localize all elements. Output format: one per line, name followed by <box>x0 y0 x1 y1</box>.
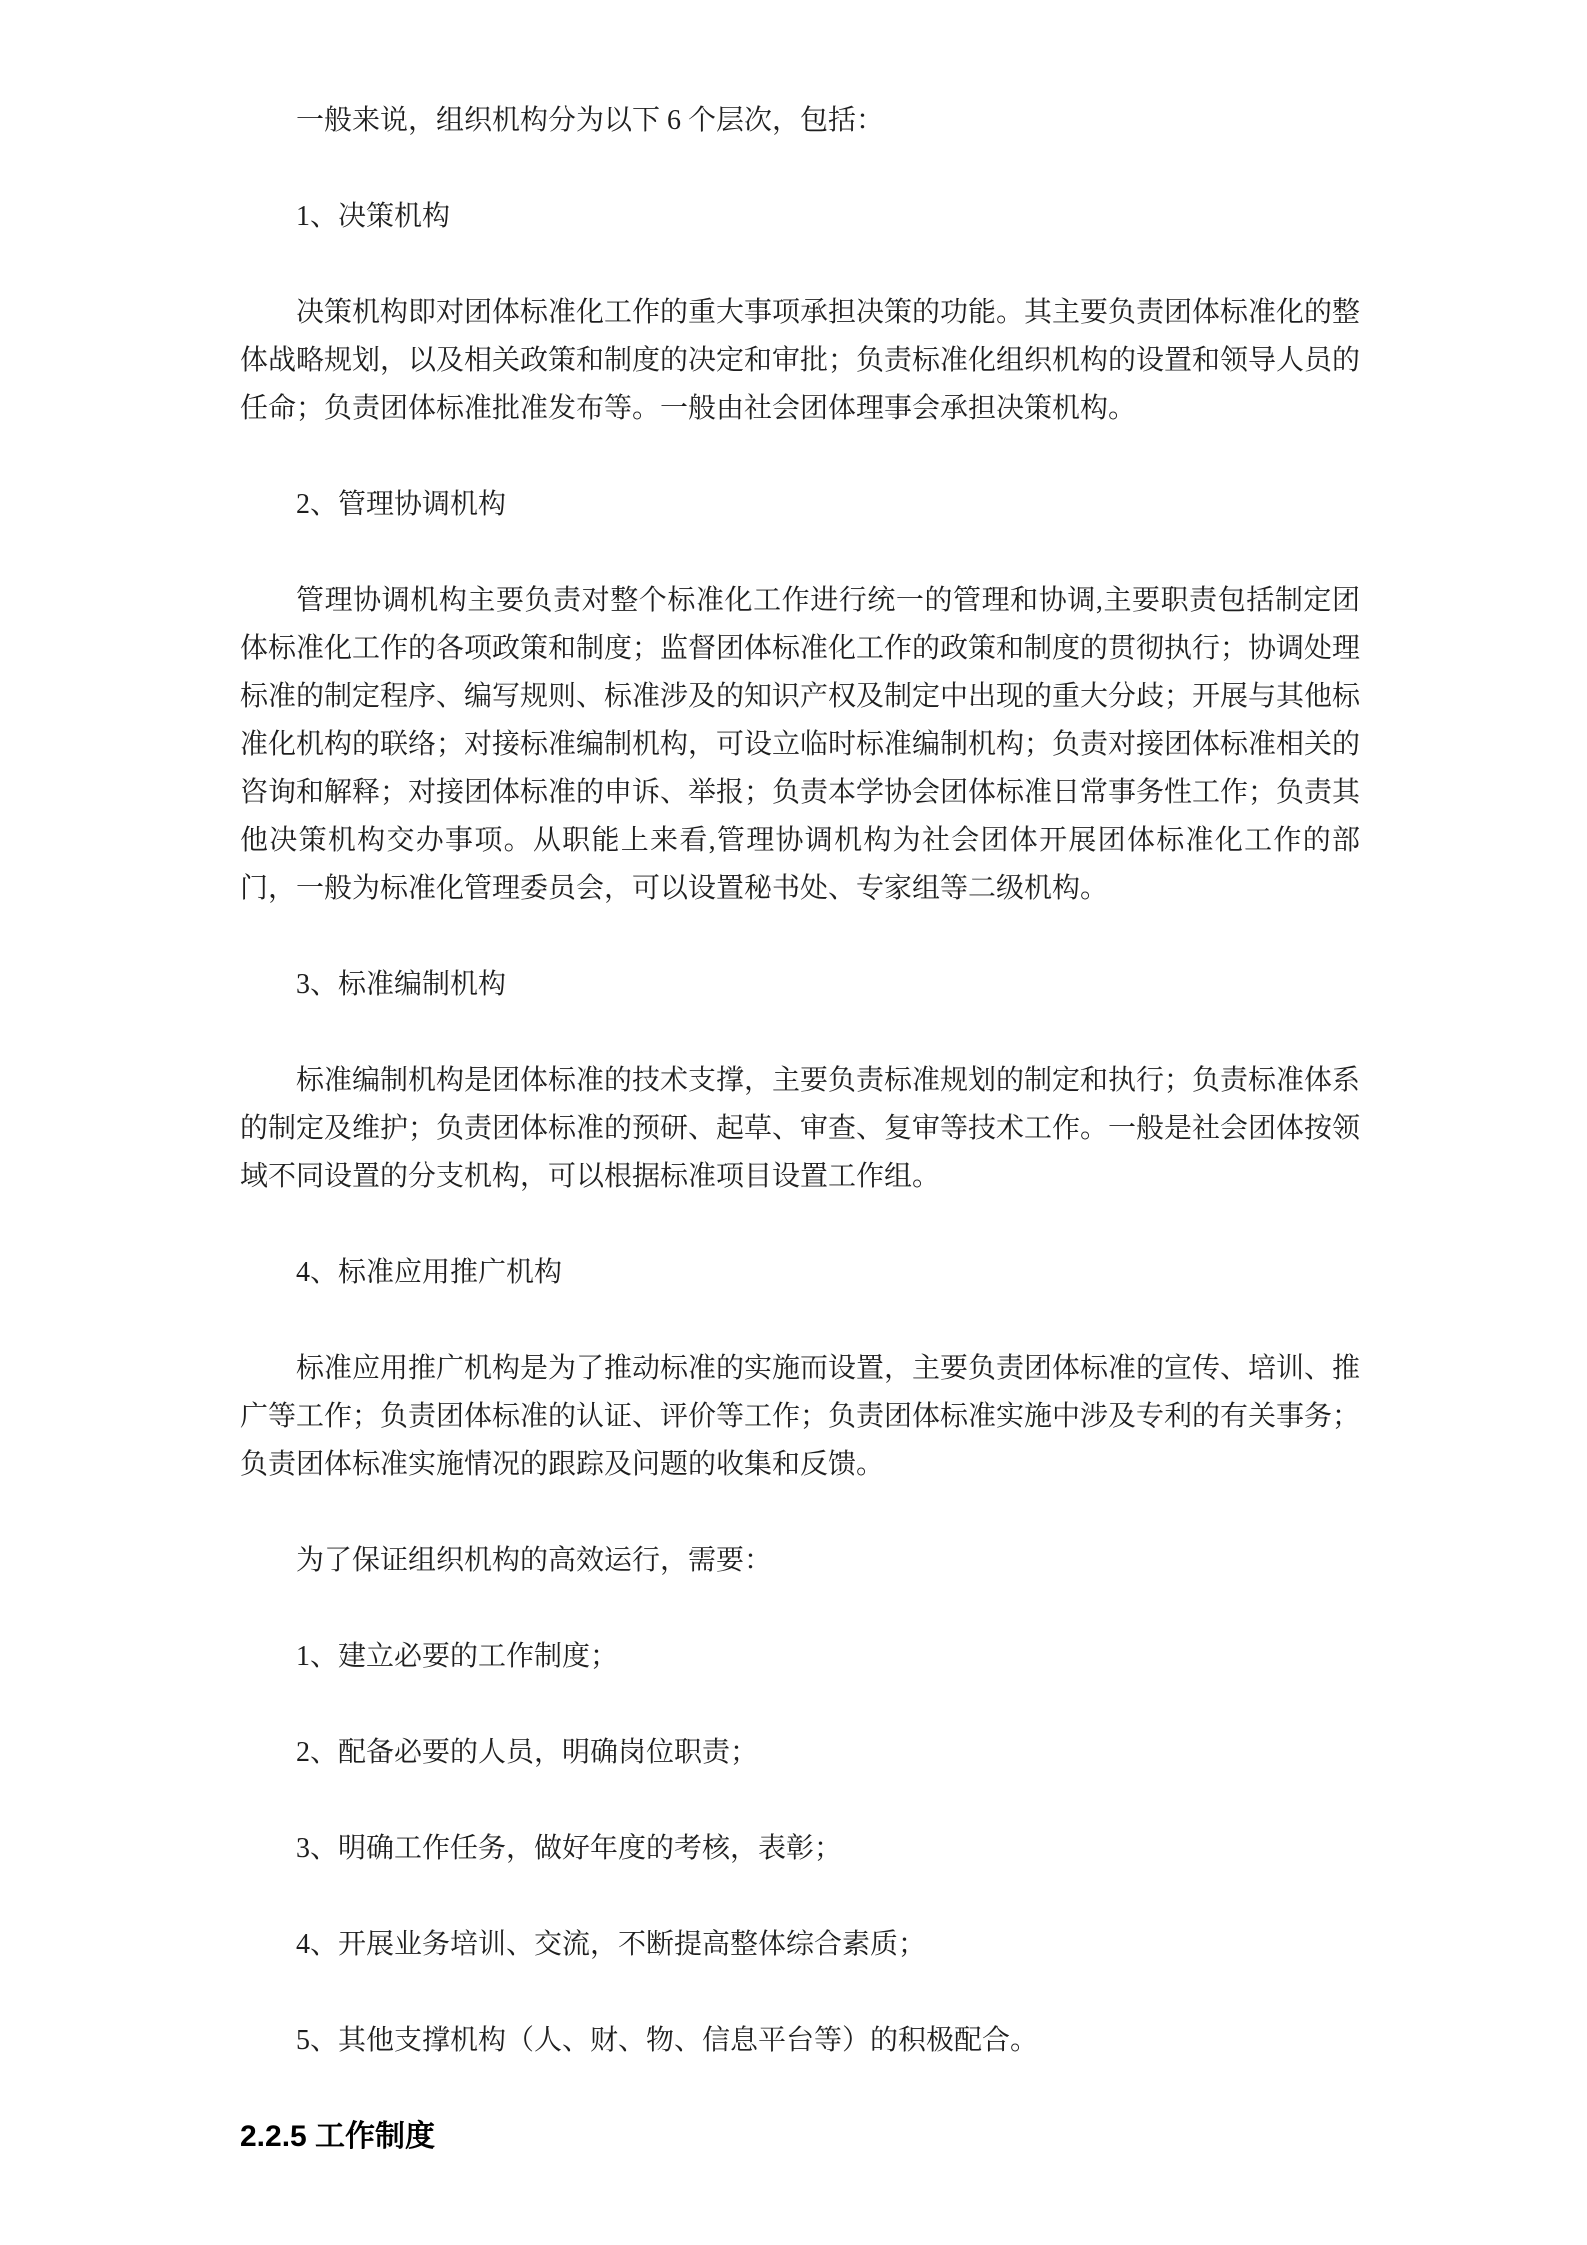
list-item-5: 5、其他支撑机构（人、财、物、信息平台等）的积极配合。 <box>240 2017 1360 2065</box>
list-item-2: 2、配备必要的人员，明确岗位职责； <box>240 1729 1360 1777</box>
paragraph-decision-body: 决策机构即对团体标准化工作的重大事项承担决策的功能。其主要负责团体标准化的整体战… <box>240 289 1360 433</box>
paragraph-management-coordination: 管理协调机构主要负责对整个标准化工作进行统一的管理和协调,主要职责包括制定团体标… <box>240 577 1360 913</box>
numbered-heading-1: 1、决策机构 <box>240 193 1360 241</box>
numbered-heading-4: 4、标准应用推广机构 <box>240 1249 1360 1297</box>
list-item-1: 1、建立必要的工作制度； <box>240 1633 1360 1681</box>
list-item-4: 4、开展业务培训、交流，不断提高整体综合素质； <box>240 1921 1360 1969</box>
paragraph-standard-drafting: 标准编制机构是团体标准的技术支撑，主要负责标准规划的制定和执行；负责标准体系的制… <box>240 1057 1360 1201</box>
numbered-heading-2: 2、管理协调机构 <box>240 481 1360 529</box>
paragraph-efficient-operation: 为了保证组织机构的高效运行，需要： <box>240 1537 1360 1585</box>
document-page: 一般来说，组织机构分为以下 6 个层次，包括：1、决策机构决策机构即对团体标准化… <box>0 0 1587 2245</box>
document-body: 一般来说，组织机构分为以下 6 个层次，包括：1、决策机构决策机构即对团体标准化… <box>240 97 1360 2161</box>
section-heading-2-2-5: 2.2.5 工作制度 <box>240 2113 1360 2161</box>
paragraph-standard-promotion: 标准应用推广机构是为了推动标准的实施而设置，主要负责团体标准的宣传、培训、推广等… <box>240 1345 1360 1489</box>
intro-paragraph: 一般来说，组织机构分为以下 6 个层次，包括： <box>240 97 1360 145</box>
numbered-heading-3: 3、标准编制机构 <box>240 961 1360 1009</box>
list-item-3: 3、明确工作任务，做好年度的考核，表彰； <box>240 1825 1360 1873</box>
